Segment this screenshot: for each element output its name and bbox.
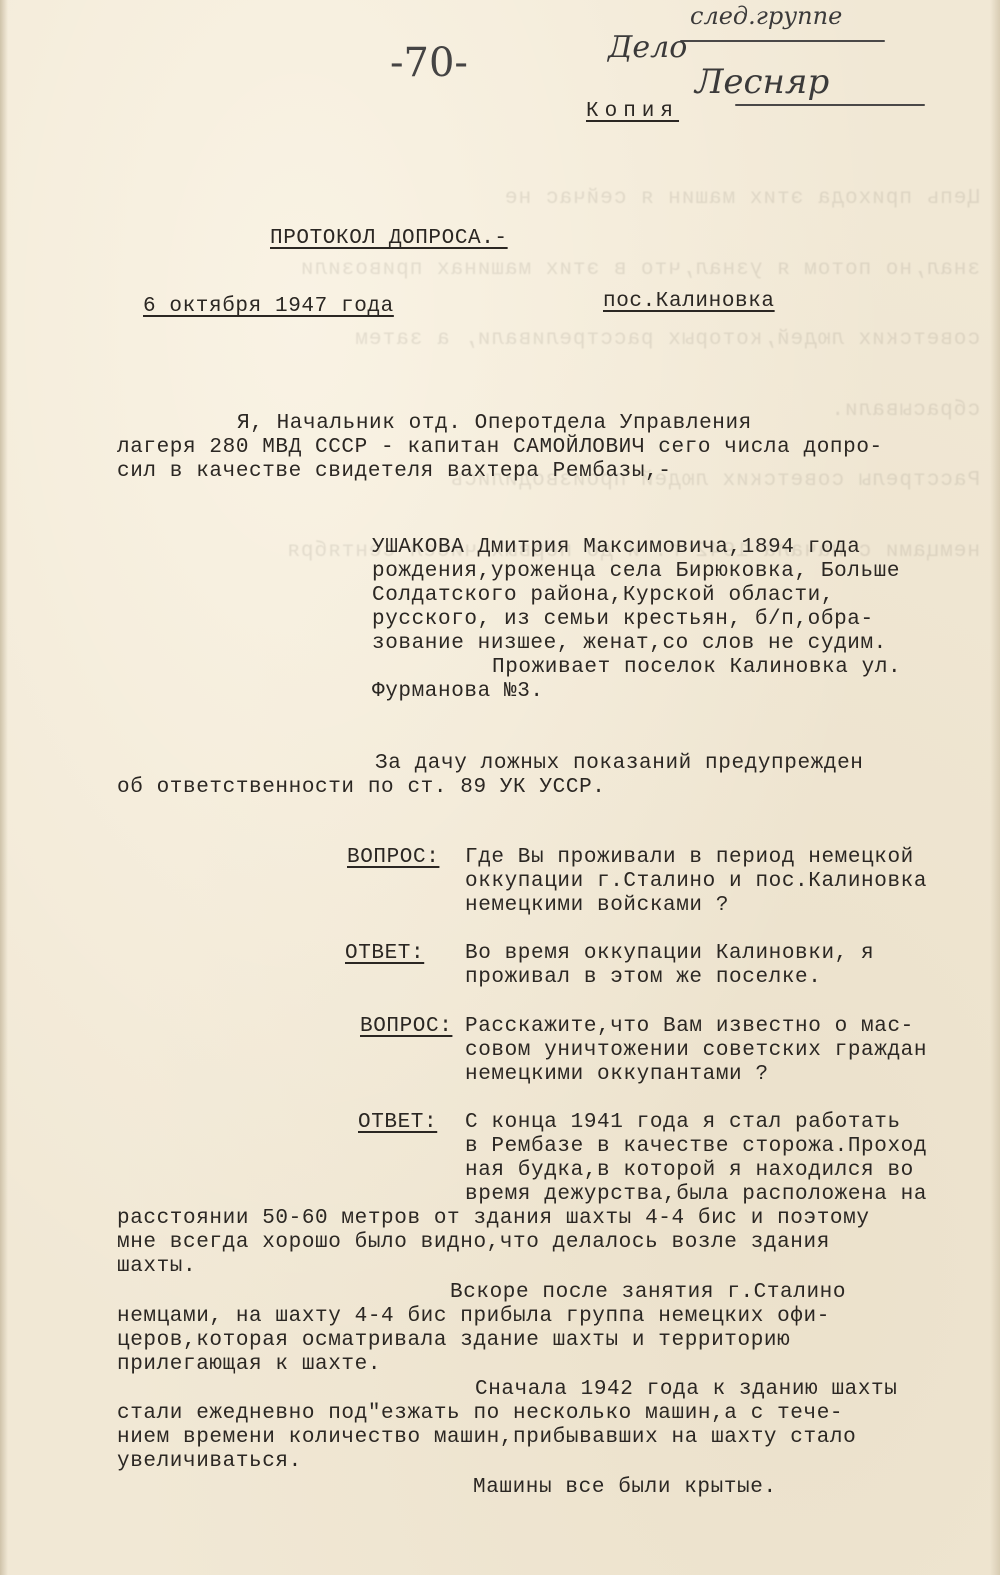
- answer-label: ОТВЕТ:: [358, 1111, 437, 1134]
- paragraph-line: немцами, на шахту 4-4 бис прибыла группа…: [117, 1305, 830, 1328]
- document-place: пос.Калиновка: [603, 290, 775, 313]
- answer-line: Во время оккупации Калиновки, я: [465, 942, 874, 965]
- paragraph-line: Машины все были крытые.: [473, 1476, 777, 1499]
- paragraph-line: нием времени количество машин,прибывавши…: [117, 1426, 856, 1449]
- question-line: оккупации г.Сталино и пос.Калиновка: [465, 870, 927, 893]
- answer-line: ная будка,в которой я находился во: [465, 1159, 914, 1182]
- witness-line: зование низшее, женат,со слов не судим.: [372, 632, 887, 655]
- paragraph-line: увеличиваться.: [117, 1450, 302, 1473]
- witness-line: русского, из семьи крестьян, б/п,обра-: [372, 608, 874, 631]
- document-title: ПРОТОКОЛ ДОПРОСА.-: [270, 227, 508, 250]
- intro-line: Я, Начальник отд. Оперотдела Управления: [237, 412, 752, 435]
- warning-line: об ответственности по ст. 89 УК УССР.: [117, 776, 605, 799]
- answer-line: в Рембазе в качестве сторожа.Проход: [465, 1135, 927, 1158]
- paragraph-line: Вскоре после занятия г.Сталино: [450, 1281, 846, 1304]
- question-label: ВОПРОС:: [347, 846, 439, 869]
- witness-line: рождения,уроженца села Бирюковка, Больше: [372, 560, 900, 583]
- witness-line: Солдатского района,Курской области,: [372, 584, 834, 607]
- question-line: немецкими оккупантами ?: [465, 1063, 769, 1086]
- paragraph-line: стали ежедневно под"езжать по несколько …: [117, 1402, 843, 1425]
- answer-line: С конца 1941 года я стал работать: [465, 1111, 901, 1134]
- paragraph-line: прилегающая к шахте.: [117, 1353, 381, 1376]
- answer-line: время дежурства,была расположена на: [465, 1183, 927, 1206]
- answer-continued-line: расстоянии 50-60 метров от здания шахты …: [117, 1207, 870, 1230]
- paper-edge-right: [990, 0, 1000, 1575]
- copy-mark: Копия: [586, 100, 679, 123]
- handwritten-underline-1: [680, 40, 885, 42]
- question-line: Где Вы проживали в период немецкой: [465, 846, 914, 869]
- handwritten-note-1: след.группе: [690, 2, 842, 30]
- document-date: 6 октября 1947 года: [143, 295, 394, 318]
- intro-line: сил в качестве свидетеля вахтера Рембазы…: [117, 460, 672, 483]
- answer-label: ОТВЕТ:: [345, 942, 424, 965]
- question-line: совом уничтожении советских граждан: [465, 1039, 927, 1062]
- warning-line: За дачу ложных показаний предупрежден: [375, 752, 863, 775]
- witness-line: Фурманова №3.: [372, 680, 544, 703]
- handwritten-note-3: Лесняр: [695, 62, 829, 102]
- question-line: Расскажите,что Вам известно о мас-: [465, 1015, 914, 1038]
- question-line: немецкими войсками ?: [465, 894, 729, 917]
- question-label: ВОПРОС:: [360, 1015, 452, 1038]
- handwritten-underline-2: [735, 104, 925, 106]
- answer-continued-line: мне всегда хорошо было видно,что делалос…: [117, 1231, 830, 1254]
- page-number: -70-: [390, 40, 468, 86]
- handwritten-note-2: Дело: [608, 30, 687, 65]
- intro-line: лагеря 280 МВД СССР - капитан САМОЙЛОВИЧ…: [117, 436, 883, 459]
- paper-edge-left: [0, 0, 8, 1575]
- paragraph-line: Сначала 1942 года к зданию шахты: [475, 1378, 897, 1401]
- answer-continued-line: шахты.: [117, 1255, 196, 1278]
- paragraph-line: церов,которая осматривала здание шахты и…: [117, 1329, 790, 1352]
- witness-line: УШАКОВА Дмитрия Максимовича,1894 года: [372, 536, 860, 559]
- answer-line: проживал в этом же поселке.: [465, 966, 821, 989]
- witness-line: Проживает поселок Калиновка ул.: [492, 656, 901, 679]
